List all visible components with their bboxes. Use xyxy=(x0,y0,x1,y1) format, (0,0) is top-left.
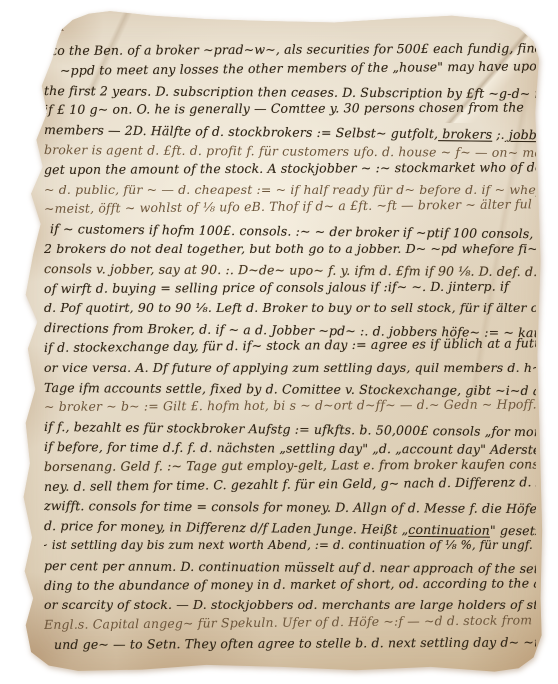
manuscript-line: ney. d. sell them for time. C. gezahlt f… xyxy=(44,472,536,497)
manuscript-line: get upon the amount of the stock. A stoc… xyxy=(44,157,536,179)
manuscript-photo: 41 to the Ben. of a broker ~prad~w~, als… xyxy=(0,0,558,684)
manuscript-line: ~ broker ~ b~ := Gilt £. hofm hot, bi s … xyxy=(44,395,536,417)
manuscript-line: ding to the abundance of money in d. mar… xyxy=(44,573,536,595)
manuscript-line: Engl.s. Capital angeg~ für Spekuln. Ufer… xyxy=(44,610,536,635)
manuscript-line: if £ 10 g~ on. O. he is generally — Comt… xyxy=(44,98,536,120)
manuscript-line: of wirft d. buying = selling price of co… xyxy=(44,276,536,298)
manuscript-page: 41 to the Ben. of a broker ~prad~w~, als… xyxy=(14,5,548,679)
paper-shadow: 41 to the Ben. of a broker ~prad~w~, als… xyxy=(0,0,558,684)
manuscript-line: und ge~ — to Setn. They often agree to s… xyxy=(44,632,536,654)
manuscript-line: zwifft. consols for time = consols for m… xyxy=(44,496,536,519)
manuscript-line: or vice versa. A. Df future of applying … xyxy=(44,358,536,378)
page-number: 41 xyxy=(52,21,67,35)
manuscript-line: ~meist, öfft ~ wohlst of ⅛ ufo eB. Thof … xyxy=(44,195,536,220)
manuscript-line: ~ppd to meet any losses the other member… xyxy=(44,56,536,81)
handwritten-text: to the Ben. of a broker ~prad~w~, als se… xyxy=(44,41,536,671)
manuscript-line: d. Pof quotirt, 90 to 90 ⅛. Left d. Brok… xyxy=(44,298,536,318)
manuscript-line: if d. stockexchange day, für d. if~ stoc… xyxy=(44,333,536,358)
